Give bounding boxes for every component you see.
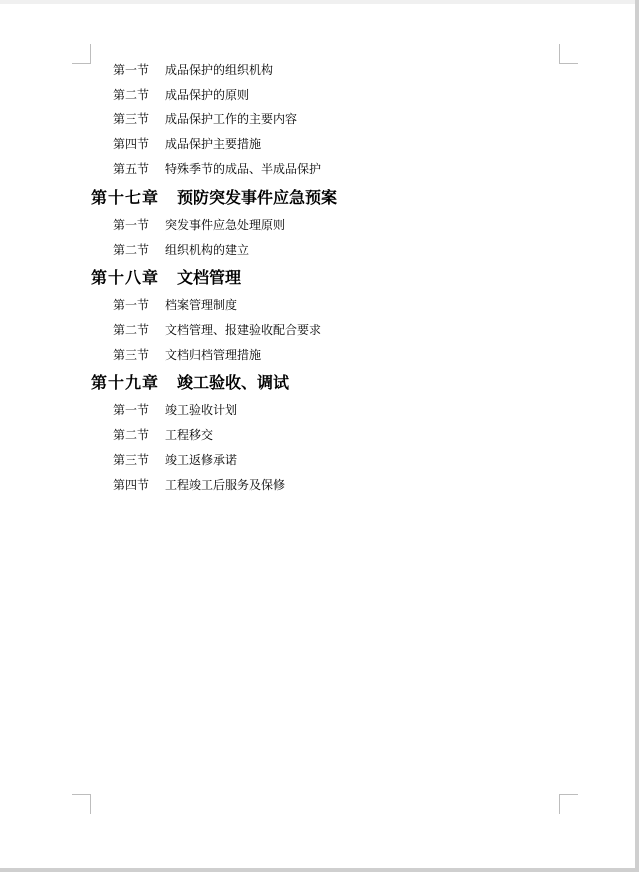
section-number: 第二节 [113,324,165,336]
section-number: 第一节 [113,64,165,76]
section-title: 成品保护的组织机构 [165,63,273,77]
section-number: 第四节 [113,138,165,150]
page-top-shadow [0,0,639,4]
page-right-edge [635,0,639,872]
section-number: 第一节 [113,219,165,231]
toc-section-entry[interactable]: 第二节文档管理、报建验收配合要求 [113,324,321,336]
section-title: 文档管理、报建验收配合要求 [165,323,321,337]
section-title: 成品保护主要措施 [165,137,261,151]
section-number: 第二节 [113,244,165,256]
section-number: 第三节 [113,113,165,125]
toc-chapter-heading[interactable]: 第十七章预防突发事件应急预案 [91,190,337,206]
toc-section-entry[interactable]: 第三节成品保护工作的主要内容 [113,113,297,125]
toc-chapter-heading[interactable]: 第十八章文档管理 [91,270,241,286]
toc-section-entry[interactable]: 第一节竣工验收计划 [113,404,237,416]
chapter-number: 第十七章 [91,190,177,206]
section-title: 竣工验收计划 [165,403,237,417]
section-title: 工程移交 [165,428,213,442]
section-title: 组织机构的建立 [165,243,249,257]
toc-section-entry[interactable]: 第三节文档归档管理措施 [113,349,261,361]
section-title: 工程竣工后服务及保修 [165,478,285,492]
chapter-number: 第十八章 [91,270,177,286]
section-number: 第二节 [113,89,165,101]
section-title: 特殊季节的成品、半成品保护 [165,162,321,176]
page-bottom-edge [0,868,639,872]
section-number: 第二节 [113,429,165,441]
section-title: 档案管理制度 [165,298,237,312]
section-number: 第一节 [113,404,165,416]
toc-section-entry[interactable]: 第四节工程竣工后服务及保修 [113,479,285,491]
section-title: 文档归档管理措施 [165,348,261,362]
toc-chapter-heading[interactable]: 第十九章竣工验收、调试 [91,375,289,391]
toc-section-entry[interactable]: 第三节竣工返修承诺 [113,454,237,466]
toc-section-entry[interactable]: 第一节档案管理制度 [113,299,237,311]
chapter-title: 竣工验收、调试 [177,373,289,392]
toc-section-entry[interactable]: 第四节成品保护主要措施 [113,138,261,150]
toc-section-entry[interactable]: 第二节成品保护的原则 [113,89,249,101]
toc-section-entry[interactable]: 第二节组织机构的建立 [113,244,249,256]
section-number: 第四节 [113,479,165,491]
section-title: 突发事件应急处理原则 [165,218,285,232]
section-title: 成品保护的原则 [165,88,249,102]
section-number: 第三节 [113,349,165,361]
toc-section-entry[interactable]: 第二节工程移交 [113,429,213,441]
section-title: 成品保护工作的主要内容 [165,112,297,126]
chapter-title: 预防突发事件应急预案 [177,188,337,207]
chapter-title: 文档管理 [177,268,241,287]
toc-section-entry[interactable]: 第五节特殊季节的成品、半成品保护 [113,163,321,175]
section-title: 竣工返修承诺 [165,453,237,467]
chapter-number: 第十九章 [91,375,177,391]
section-number: 第五节 [113,163,165,175]
section-number: 第三节 [113,454,165,466]
toc-section-entry[interactable]: 第一节成品保护的组织机构 [113,64,273,76]
toc-section-entry[interactable]: 第一节突发事件应急处理原则 [113,219,285,231]
section-number: 第一节 [113,299,165,311]
